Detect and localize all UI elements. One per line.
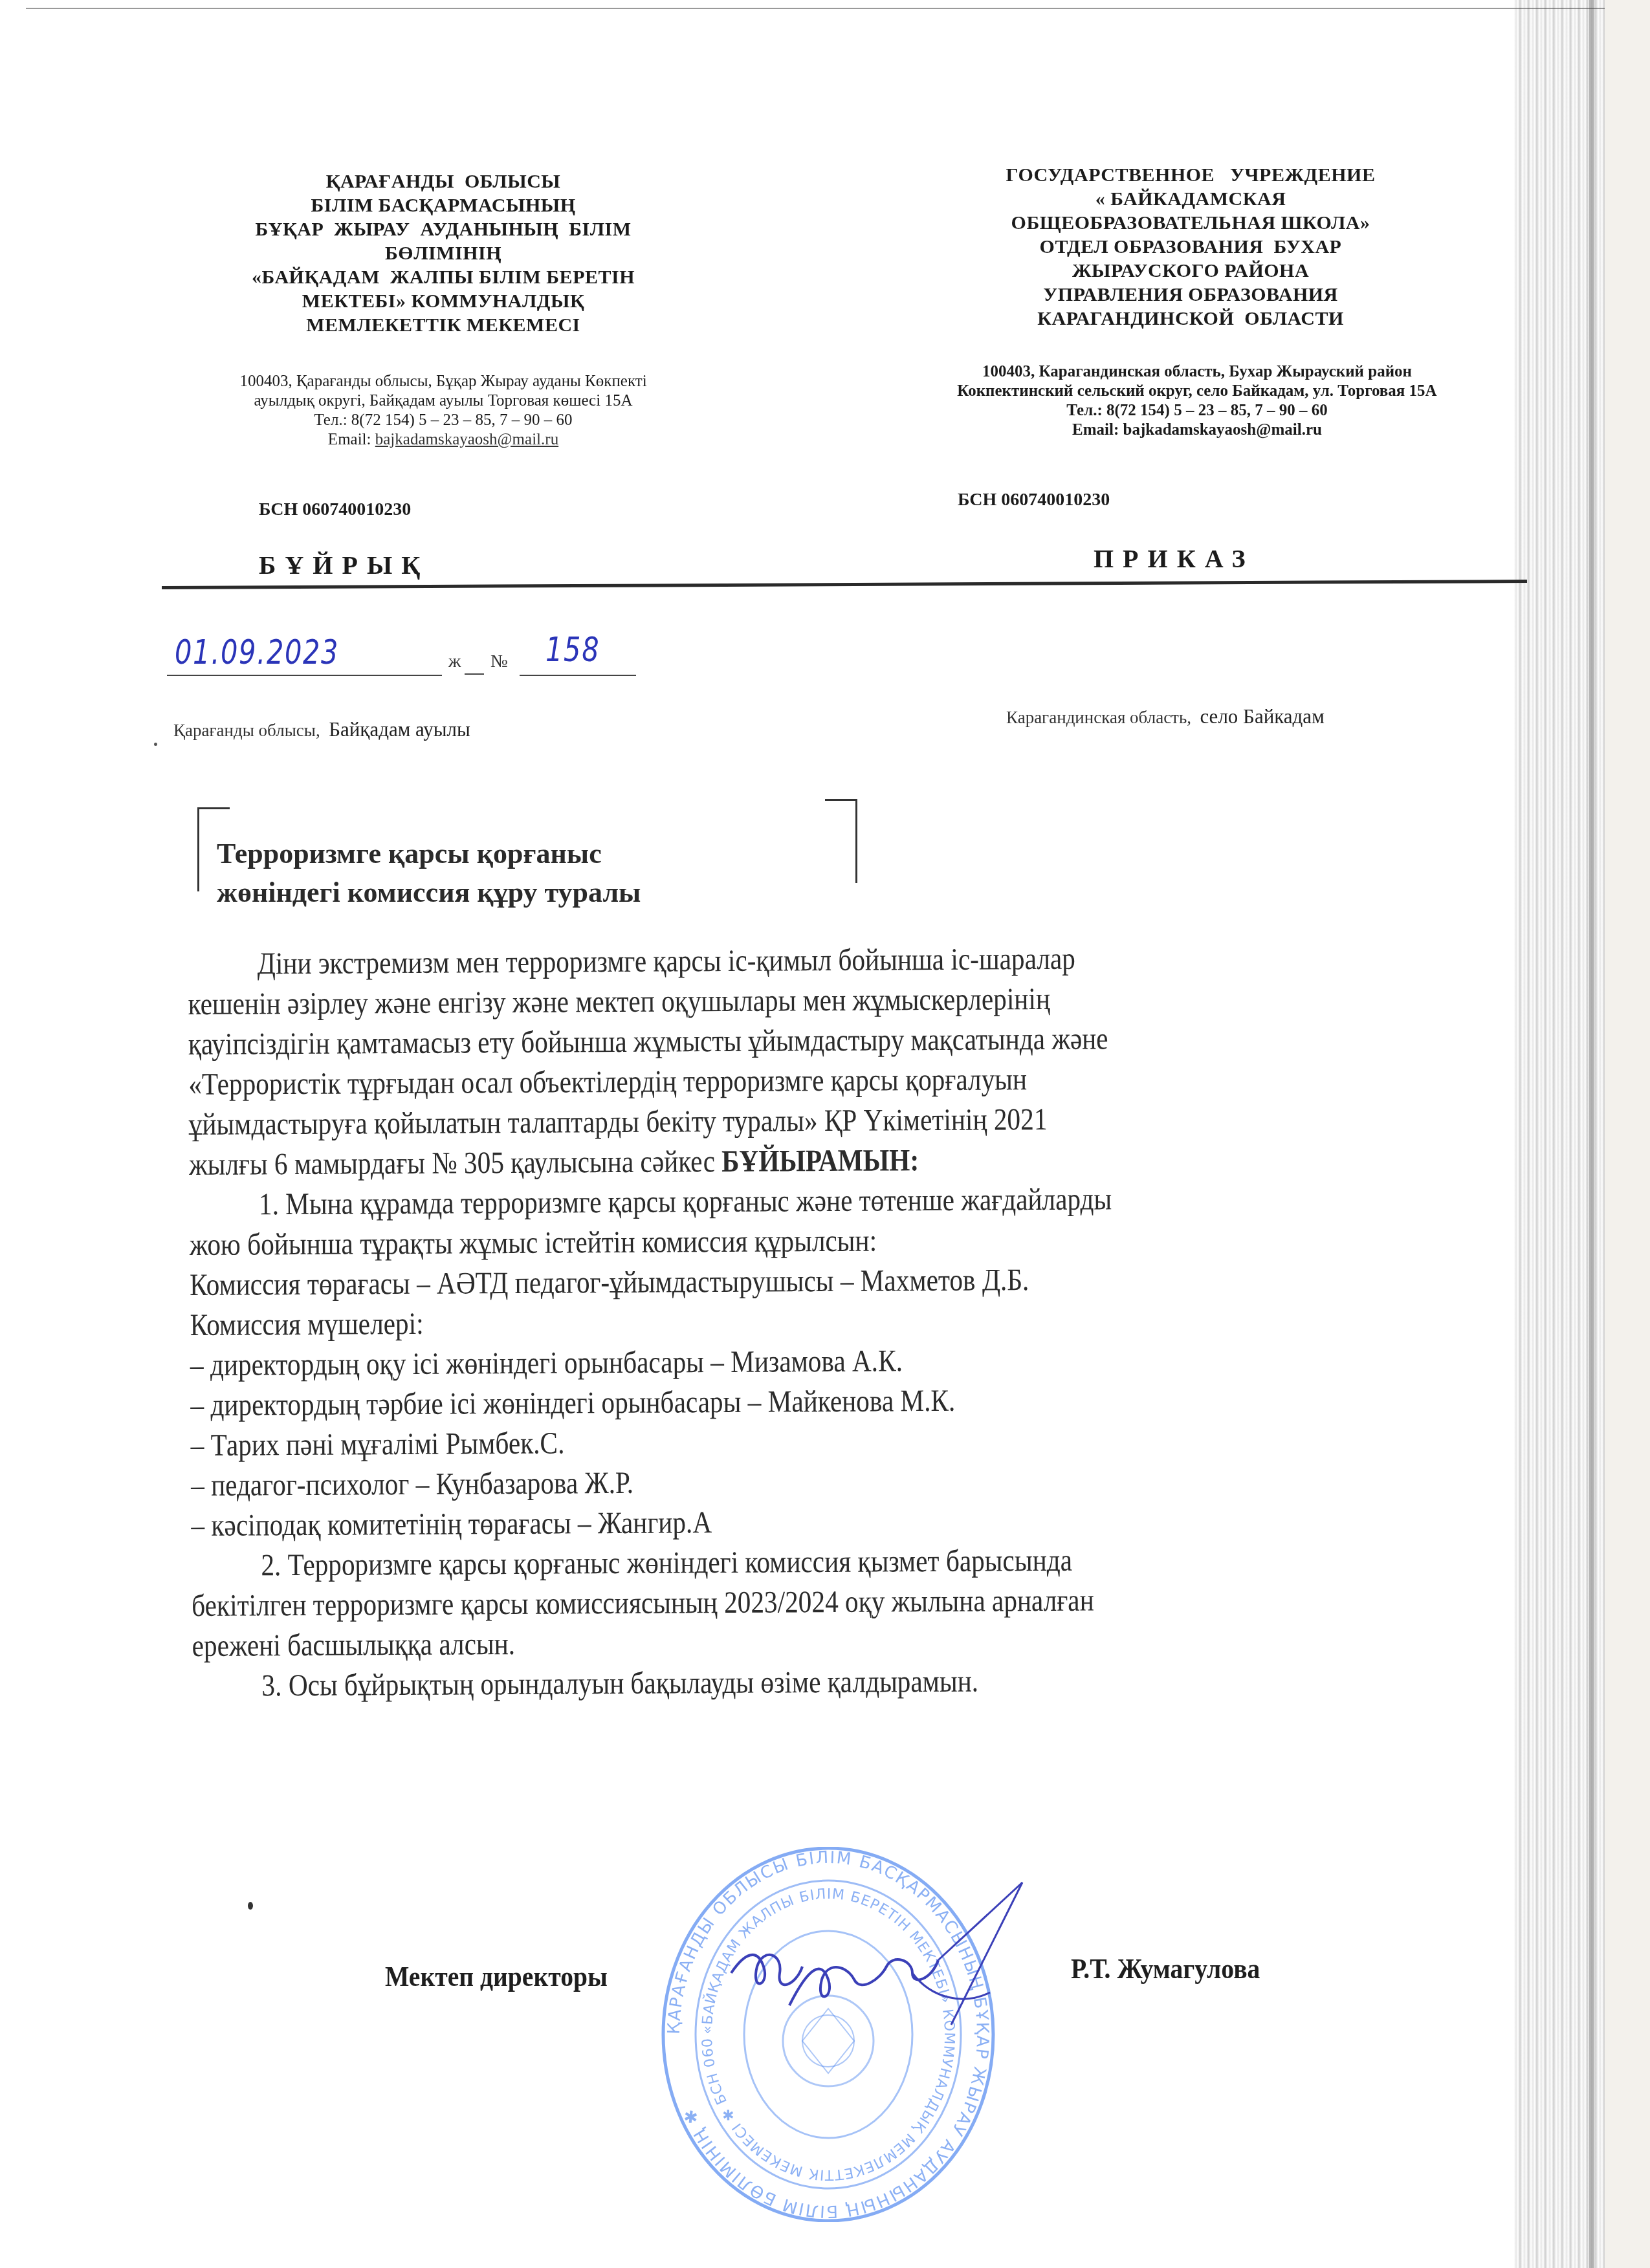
place-region: Қарағанды облысы, xyxy=(173,721,320,740)
header-right-address: 100403, Карагандинская область, Бухар Жы… xyxy=(841,362,1553,440)
email-link[interactable]: bajkadamskayaosh@mail.ru xyxy=(375,431,558,448)
preamble-line: ұйымдастыруға қойылатын талаптарды бекіт… xyxy=(189,1098,1302,1145)
header-right-line: ЖЫРАУСКОГО РАЙОНА xyxy=(841,259,1540,283)
order-title: Терроризмге қарсы қорғаныс жөніндегі ком… xyxy=(217,834,641,912)
item-2-line: бекітілген терроризмге қарсы комиссиясын… xyxy=(192,1579,1304,1626)
place-russian: Карагандинская область, село Байкадам xyxy=(1006,705,1325,728)
member-item: – Тарих пәні мұғалімі Рымбек.С. xyxy=(191,1419,1304,1466)
header-left-line: «БАЙҚАДАМ ЖАЛПЫ БІЛІМ БЕРЕТІН xyxy=(175,265,712,289)
place-kazakh: Қарағанды облысы, Байқадам ауылы xyxy=(173,718,470,741)
page-edge xyxy=(26,8,1605,9)
signer-name: Р.Т. Жумагулова xyxy=(1071,1952,1260,1985)
item-2-line: ережені басшылыққа алсын. xyxy=(192,1619,1304,1666)
handwritten-number: 158 xyxy=(545,631,600,670)
corner-bracket xyxy=(197,807,230,809)
number-label: № xyxy=(490,651,508,672)
number-field: 158 xyxy=(520,637,636,676)
date-field: 01.09.2023 xyxy=(167,637,442,676)
header-right-line: ГОСУДАРСТВЕННОЕ УЧРЕЖДЕНИЕ xyxy=(841,163,1540,187)
address-line: ауылдық округі, Байқадам ауылы Торговая … xyxy=(168,391,718,411)
bsn-right: БСН 060740010230 xyxy=(958,490,1216,510)
underline xyxy=(465,673,484,675)
address-line: 100403, Қарағанды облысы, Бұқар Жырау ау… xyxy=(168,372,718,391)
header-left-line: БІЛІМ БАСҚАРМАСЫНЫҢ xyxy=(175,193,712,217)
scan-dot xyxy=(154,743,157,746)
preamble-line: Діни экстремизм мен терроризмге қарсы іс… xyxy=(188,937,1301,985)
preamble-line: жылғы 6 мамырдағы № 305 қаулысына сәйкес… xyxy=(189,1138,1302,1185)
place-village: Байқадам ауылы xyxy=(329,718,470,741)
preamble-line: қауіпсіздігін қамтамасыз ету бойынша жұм… xyxy=(188,1018,1301,1065)
signature-icon xyxy=(718,1876,1055,2044)
email-line: Email: bajkadamskayaosh@mail.ru xyxy=(168,430,718,450)
handwritten-date: 01.09.2023 xyxy=(175,633,339,672)
doc-type-kazakh: БҰЙРЫҚ xyxy=(259,550,429,580)
item-1-line: 1. Мына құрамда терроризмге қарсы қорған… xyxy=(189,1178,1302,1225)
year-abbrev-label: ж xyxy=(448,651,461,672)
header-right-line: ОТДЕЛ ОБРАЗОВАНИЯ БУХАР xyxy=(841,235,1540,259)
place-region: Карагандинская область, xyxy=(1006,708,1191,727)
scan-artifact-line xyxy=(1589,0,1594,2268)
signer-position: Мектеп директоры xyxy=(385,1960,608,1993)
corner-bracket xyxy=(855,799,857,883)
header-right-line: УПРАВЛЕНИЯ ОБРАЗОВАНИЯ xyxy=(841,283,1540,307)
item-3-line: 3. Осы бұйрықтың орындалуын бақылауды өз… xyxy=(192,1659,1305,1706)
phone-line: Тел.: 8(72 154) 5 – 23 – 85, 7 – 90 – 60 xyxy=(841,401,1553,420)
header-divider xyxy=(162,580,1527,589)
header-right-institution: ГОСУДАРСТВЕННОЕ УЧРЕЖДЕНИЕ « БАЙКАДАМСКА… xyxy=(841,163,1540,331)
header-left-line: ҚАРАҒАНДЫ ОБЛЫСЫ xyxy=(175,169,712,193)
member-item: – директордың тәрбие ісі жөніндегі орынб… xyxy=(190,1379,1303,1426)
scan-margin xyxy=(1605,0,1650,2268)
title-line: Терроризмге қарсы қорғаныс xyxy=(217,834,641,873)
preamble-line: кешенін әзірлеу және енгізу және мектеп … xyxy=(188,977,1301,1025)
member-item: – педагог-психолог – Кунбазарова Ж.Р. xyxy=(191,1459,1304,1506)
title-line: жөніндегі комиссия құру туралы xyxy=(217,873,641,912)
item-1-line: жою бойынша тұрақты жұмыс істейтін комис… xyxy=(190,1218,1303,1265)
address-line: Кокпектинский сельский округ, село Байка… xyxy=(841,382,1553,401)
email-line: Email: bajkadamskayaosh@mail.ru xyxy=(841,420,1553,440)
member-item: – директордың оқу ісі жөніндегі орынбаса… xyxy=(190,1338,1303,1386)
order-title-block: Терроризмге қарсы қорғаныс жөніндегі ком… xyxy=(197,792,857,915)
corner-bracket xyxy=(197,807,199,891)
preamble-line: «Террористік тұрғыдан осал объектілердің… xyxy=(188,1058,1301,1105)
place-village: село Байкадам xyxy=(1200,705,1324,728)
header-right-line: КАРАГАНДИНСКОЙ ОБЛАСТИ xyxy=(841,307,1540,331)
preamble-end: жылғы 6 мамырдағы № 305 қаулысына сәйкес xyxy=(189,1144,721,1182)
header-left-line: БӨЛІМІНІҢ xyxy=(175,241,712,265)
member-item: – кәсіподақ комитетінің төрағасы – Жанги… xyxy=(191,1499,1304,1546)
corner-bracket xyxy=(825,799,857,801)
phone-line: Тел.: 8(72 154) 5 – 23 – 85, 7 – 90 – 60 xyxy=(168,411,718,430)
header-left-line: БҰҚАР ЖЫРАУ АУДАНЫНЫҢ БІЛІМ xyxy=(175,217,712,241)
email-label: Email: xyxy=(1072,421,1123,439)
order-body: Діни экстремизм мен терроризмге қарсы іс… xyxy=(188,937,1486,1706)
scan-dot xyxy=(248,1902,253,1910)
header-left-institution: ҚАРАҒАНДЫ ОБЛЫСЫ БІЛІМ БАСҚАРМАСЫНЫҢ БҰҚ… xyxy=(175,169,712,337)
order-word: БҰЙЫРАМЫН: xyxy=(721,1143,919,1179)
bsn-left: БСН 060740010230 xyxy=(259,499,518,520)
header-left-line: МЕМЛЕКЕТТІК МЕКЕМЕСІ xyxy=(175,313,712,337)
header-right-line: ОБЩЕОБРАЗОВАТЕЛЬНАЯ ШКОЛА» xyxy=(841,211,1540,235)
header-left-address: 100403, Қарағанды облысы, Бұқар Жырау ау… xyxy=(168,372,718,450)
email-link[interactable]: bajkadamskayaosh@mail.ru xyxy=(1123,421,1322,439)
item-2-line: 2. Терроризмге қарсы қорғаныс жөніндегі … xyxy=(192,1539,1304,1586)
document-page: ҚАРАҒАНДЫ ОБЛЫСЫ БІЛІМ БАСҚАРМАСЫНЫҢ БҰҚ… xyxy=(0,0,1650,2268)
header-right-line: « БАЙКАДАМСКАЯ xyxy=(841,187,1540,211)
header-left-line: МЕКТЕБІ» КОММУНАЛДЫҚ xyxy=(175,289,712,313)
email-label: Email: xyxy=(328,431,375,448)
doc-type-russian: ПРИКАЗ xyxy=(1094,543,1255,574)
address-line: 100403, Карагандинская область, Бухар Жы… xyxy=(841,362,1553,382)
commission-chairman: Комиссия төрағасы – АӘТД педагог-ұйымдас… xyxy=(190,1258,1303,1305)
members-label: Комиссия мүшелері: xyxy=(190,1298,1303,1346)
